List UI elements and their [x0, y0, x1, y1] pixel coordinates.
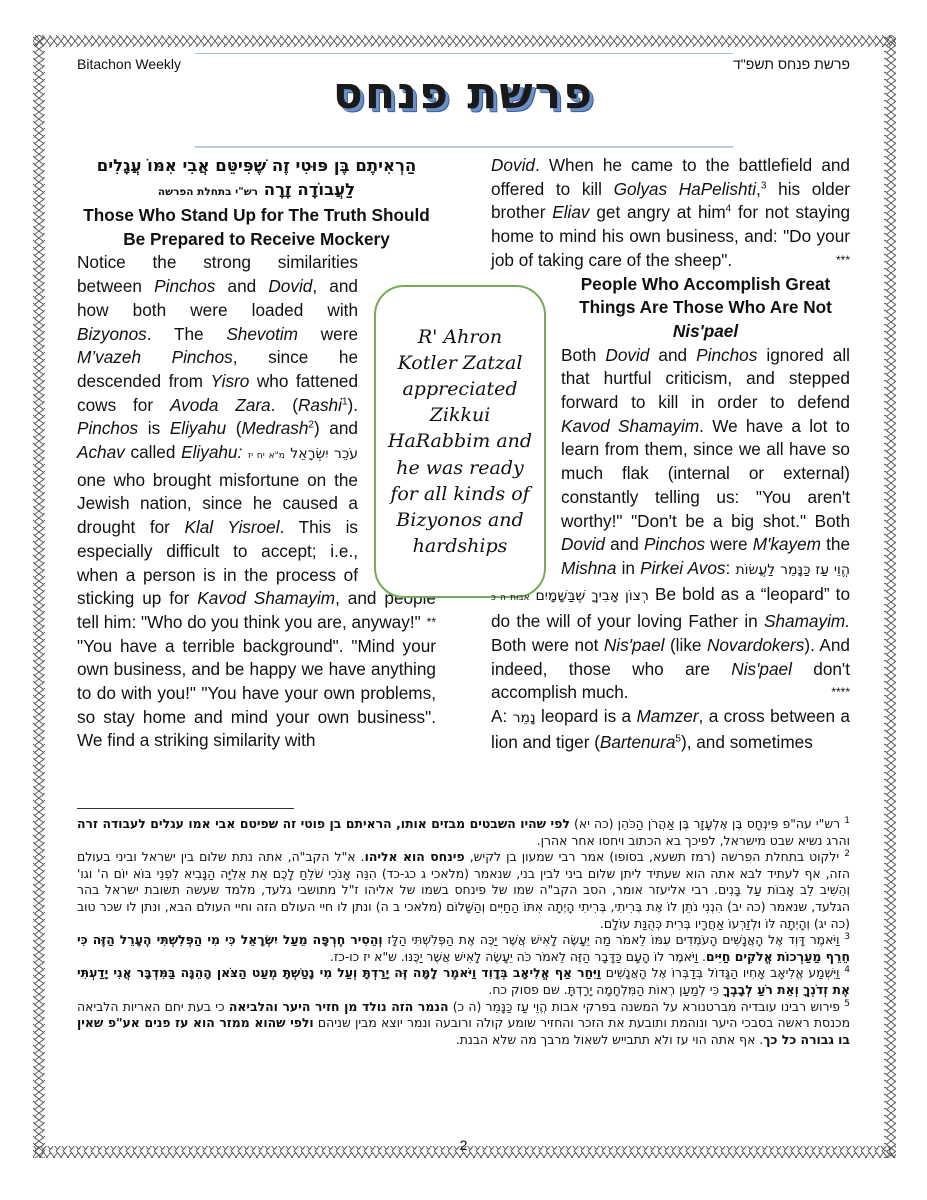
- section-separator-stars: ****: [831, 681, 850, 705]
- title-top-rule: [195, 53, 733, 54]
- section-heading: Those Who Stand Up for The Truth Should …: [77, 204, 436, 251]
- callout-wrap-spacer: [491, 273, 561, 580]
- hebrew-heading-line1: הַרְאִיתֶם בֶּן פּוּטִי זֶה שֶׁפִּיטֵּם …: [77, 154, 436, 178]
- hebrew-heading-line2: לַעֲבוֹדָה זָרָה: [264, 180, 355, 199]
- right-column: Dovid. When he came to the battlefield a…: [491, 154, 850, 755]
- paragraph-mockery-quotes: "You have a terrible background". "Mind …: [77, 635, 436, 754]
- hebrew-heading: הַרְאִיתֶם בֶּן פּוּטִי זֶה שֶׁפִּיטֵּם …: [77, 154, 436, 204]
- paragraph-dovid-eliav: Dovid. When he came to the battlefield a…: [491, 154, 850, 273]
- page-number: 2: [0, 1137, 927, 1153]
- hebrew-quote-ocher-yisrael: עֹכֵר יִשְׂרָאֵל מ"א יח יז: [248, 446, 358, 462]
- footnote-5: 5 פירוש רבינו עובדיה מברטנורא על המשנה ב…: [77, 999, 850, 1049]
- paragraph-leopard: A: נָמֵר leopard is a Mamzer, a cross be…: [491, 705, 850, 754]
- footnotes-section: 1 רש"י עה"פ פִּינְחָס בֶּן אֶלְעָזָר בֶּ…: [77, 816, 850, 1048]
- footnote-4: 4 וַיִּשְׁמַע אֱלִיאָב אָחִיו הַגָּדוֹל …: [77, 965, 850, 998]
- footnote-2: 2 ילקוט בתחלת הפרשה (רמז תשעא, בסופו) אמ…: [77, 849, 850, 932]
- title-bottom-rule: [195, 146, 733, 148]
- section-separator-stars: ***: [836, 249, 850, 273]
- section-separator-stars: **: [427, 611, 436, 635]
- page-title: פרשת פנחס: [0, 68, 927, 119]
- footnote-3: 3 וַיֹּאמֶר דָּוִד אֶל הָאֲנָשִׁים הָעֹמ…: [77, 932, 850, 965]
- footnote-1: 1 רש"י עה"פ פִּינְחָס בֶּן אֶלְעָזָר בֶּ…: [77, 816, 850, 849]
- footnote-separator: [77, 808, 294, 809]
- hebrew-heading-source: רש"י בתחלת הפרשה: [158, 186, 258, 198]
